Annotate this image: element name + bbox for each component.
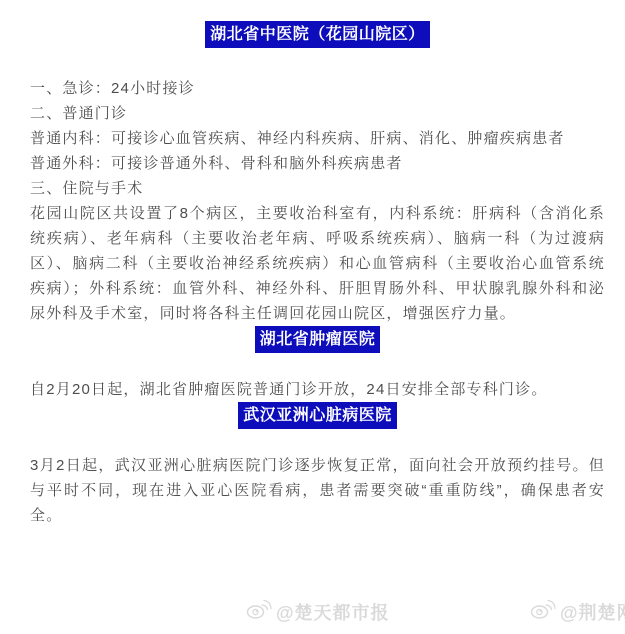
inpatient-heading: 三、住院与手术 <box>30 176 605 201</box>
watermark-label: @楚天都市报 <box>276 599 390 625</box>
watermark-jingchu-net: @荆楚网 <box>530 598 625 625</box>
section-title-wuhan-asia-heart-hospital: 武汉亚洲心脏病医院 <box>238 402 397 429</box>
weibo-icon <box>246 598 272 625</box>
section-2-header: 湖北省肿瘤医院 <box>30 326 605 353</box>
article-image: { "page": { "background": "#ffffff", "bo… <box>0 0 625 634</box>
watermark-label: @荆楚网 <box>560 599 625 625</box>
cancer-hospital-paragraph: 自2月20日起，湖北省肿瘤医院普通门诊开放，24日安排全部专科门诊。 <box>30 377 605 402</box>
watermark-chutian-metropolis-daily: @楚天都市报 <box>246 598 390 625</box>
section-title-hubei-cancer-hospital: 湖北省肿瘤医院 <box>255 326 381 353</box>
inpatient-paragraph: 花园山院区共设置了8个病区，主要收治科室有，内科系统：肝病科（含消化系统疾病）、… <box>30 201 605 326</box>
outpatient-block: 二、普通门诊 普通内科：可接诊心血管疾病、神经内科疾病、肝病、消化、肿瘤疾病患者 <box>30 101 605 151</box>
general-surgery-line: 普通外科：可接诊普通外科、骨科和脑外科疾病患者 <box>30 151 605 176</box>
section-3-header: 武汉亚洲心脏病医院 <box>30 402 605 429</box>
asia-heart-paragraph: 3月2日起，武汉亚洲心脏病医院门诊逐步恢复正常，面向社会开放预约挂号。但与平时不… <box>30 453 605 528</box>
outpatient-heading: 二、普通门诊 <box>30 101 605 126</box>
internal-medicine-line: 普通内科：可接诊心血管疾病、神经内科疾病、肝病、消化、肿瘤疾病患者 <box>30 126 605 151</box>
emergency-line: 一、急诊：24小时接诊 <box>30 76 605 101</box>
section-title-hubei-tcm-hospital: 湖北省中医院（花园山院区） <box>205 21 430 48</box>
inpatient-block: 三、住院与手术 花园山院区共设置了8个病区，主要收治科室有，内科系统：肝病科（含… <box>30 176 605 326</box>
weibo-icon <box>530 598 556 625</box>
section-1-header: 湖北省中医院（花园山院区） <box>30 21 605 48</box>
article-content: 湖北省中医院（花园山院区） 一、急诊：24小时接诊 二、普通门诊 普通内科：可接… <box>0 0 625 528</box>
